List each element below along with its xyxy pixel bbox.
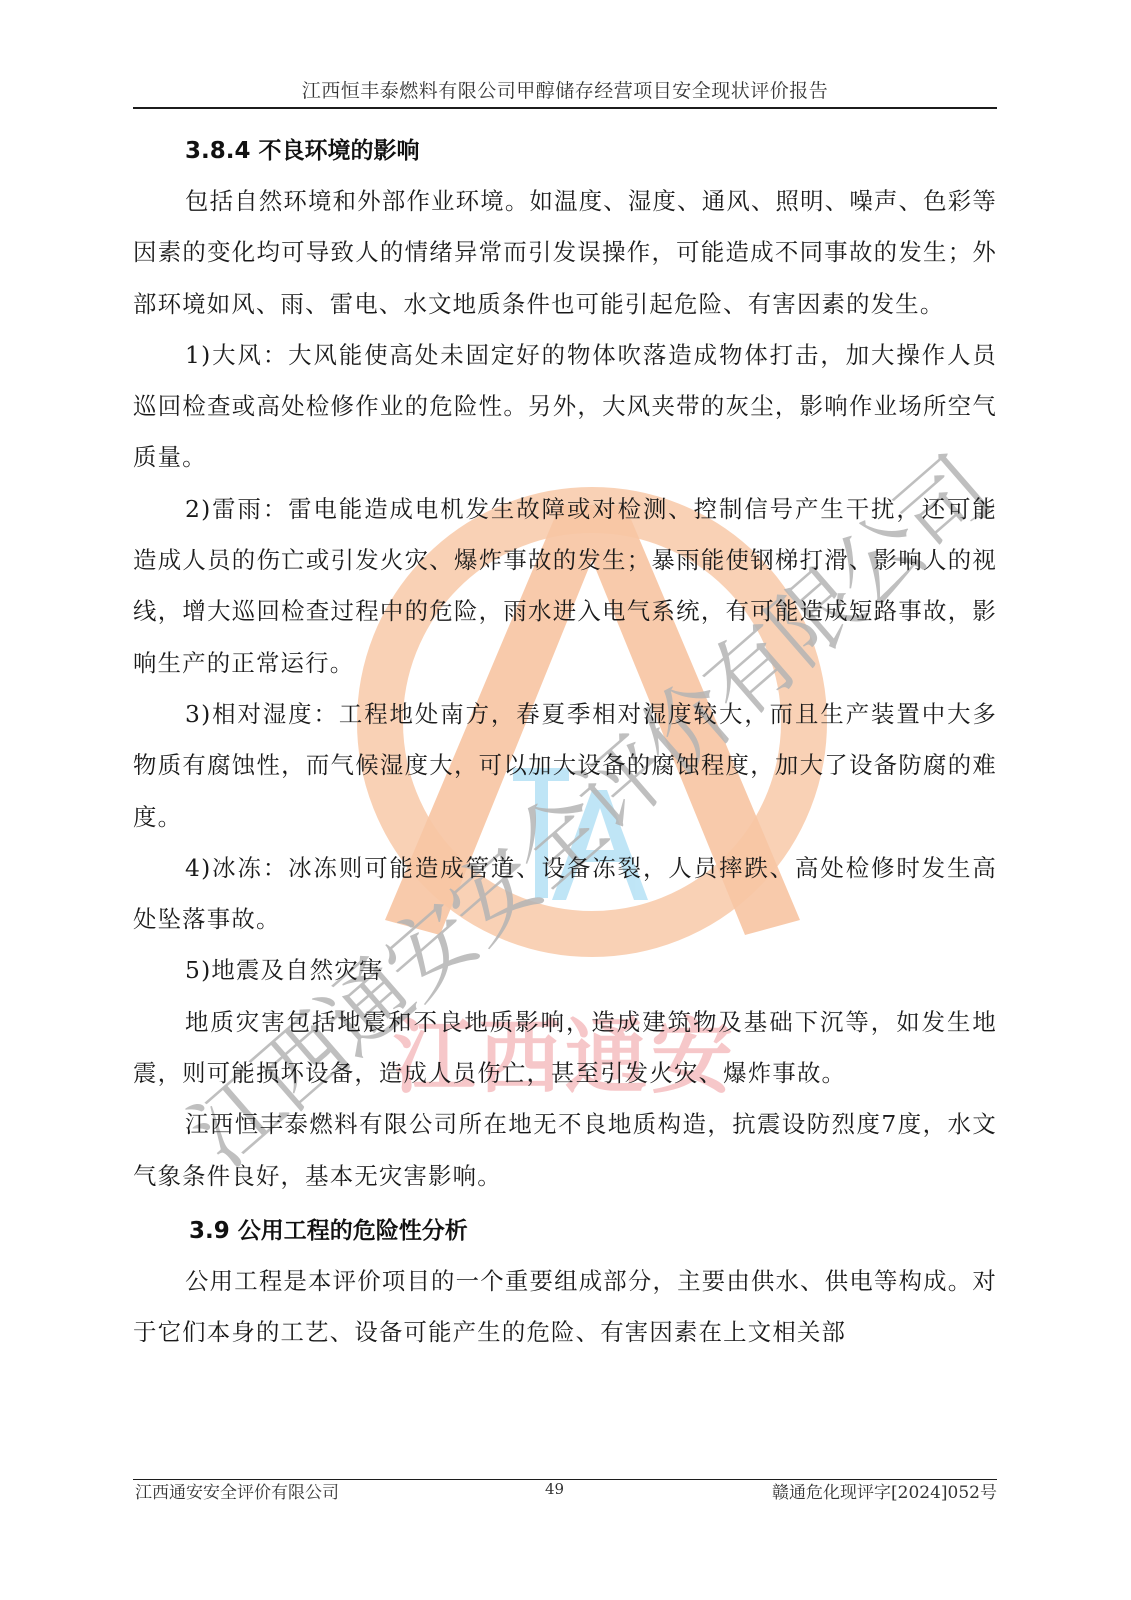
footer-rule — [133, 1479, 997, 1480]
section-heading-3-8-4: 3.8.4 不良环境的影响 — [133, 126, 997, 176]
paragraph: 4)冰冻：冰冻则可能造成管道、设备冻裂，人员摔跌、高处检修时发生高处坠落事故。 — [133, 843, 997, 946]
document-page: 江西恒丰泰燃料有限公司甲醇储存经营项目安全现状评价报告 江西通安 江西通安安全评… — [0, 0, 1131, 1600]
paragraph: 1)大风：大风能使高处未固定好的物体吹落造成物体打击，加大操作人员巡回检查或高处… — [133, 330, 997, 484]
document-body: 3.8.4 不良环境的影响 包括自然环境和外部作业环境。如温度、湿度、通风、照明… — [133, 126, 997, 1359]
section-heading-3-9: 3.9 公用工程的危险性分析 — [133, 1206, 997, 1256]
paragraph: 公用工程是本评价项目的一个重要组成部分，主要由供水、供电等构成。对于它们本身的工… — [133, 1256, 997, 1359]
running-footer: 江西通安安全评价有限公司 49 赣通危化现评字[2024]052号 — [133, 1482, 997, 1506]
document-number: 赣通危化现评字[2024]052号 — [772, 1482, 997, 1504]
paragraph: 3)相对湿度：工程地处南方，春夏季相对湿度较大，而且生产装置中大多物质有腐蚀性，… — [133, 689, 997, 843]
footer-company: 江西通安安全评价有限公司 — [135, 1482, 339, 1504]
page-number: 49 — [545, 1478, 564, 1500]
paragraph: 包括自然环境和外部作业环境。如温度、湿度、通风、照明、噪声、色彩等因素的变化均可… — [133, 176, 997, 330]
paragraph: 5)地震及自然灾害 — [133, 945, 997, 996]
paragraph: 地质灾害包括地震和不良地质影响，造成建筑物及基础下沉等，如发生地震，则可能损坏设… — [133, 997, 997, 1100]
paragraph: 江西恒丰泰燃料有限公司所在地无不良地质构造，抗震设防烈度7度，水文气象条件良好，… — [133, 1099, 997, 1202]
paragraph: 2)雷雨：雷电能造成电机发生故障或对检测、控制信号产生干扰，还可能造成人员的伤亡… — [133, 484, 997, 689]
header-rule — [133, 107, 997, 109]
running-header: 江西恒丰泰燃料有限公司甲醇储存经营项目安全现状评价报告 — [133, 80, 997, 102]
